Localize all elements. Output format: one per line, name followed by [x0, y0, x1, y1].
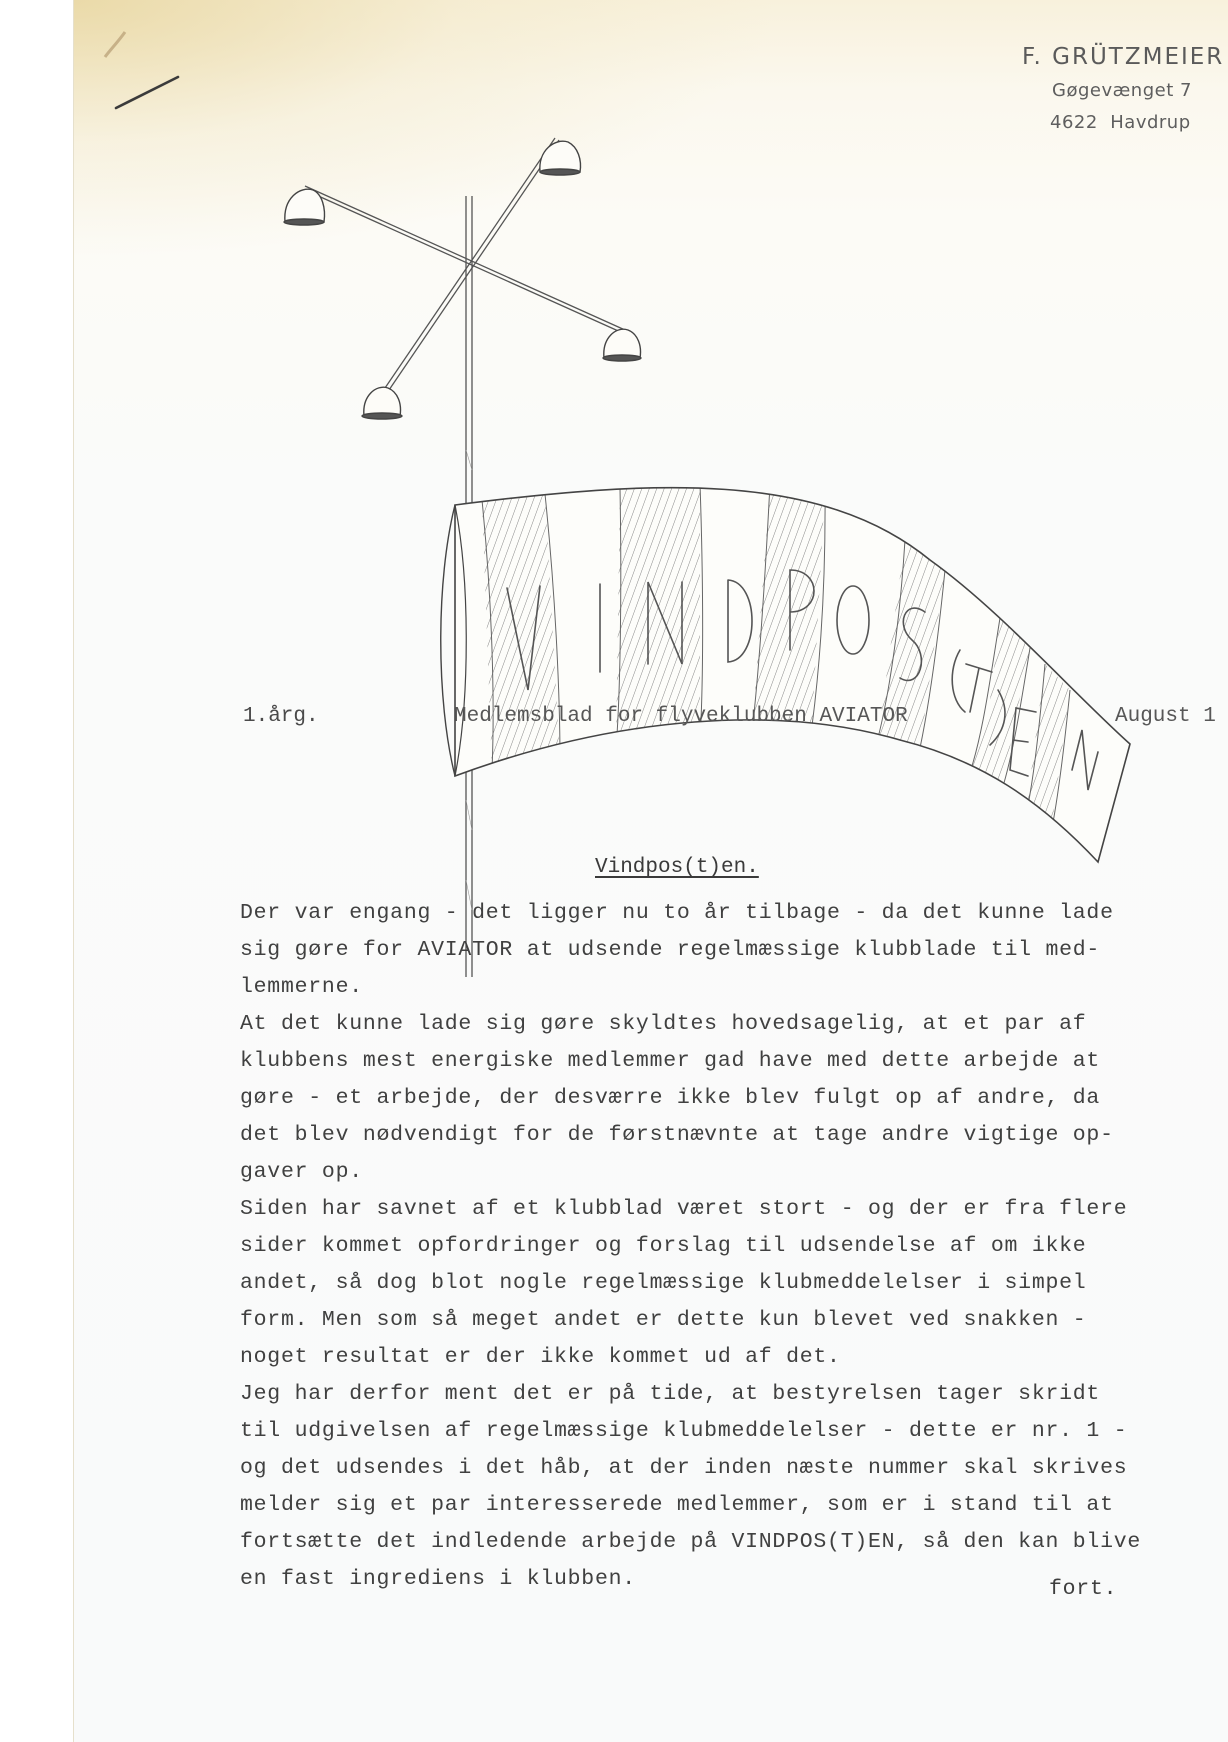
body-line: og det udsendes i det håb, at der inden … [240, 1450, 1228, 1487]
body-line: Der var engang - det ligger nu to år til… [240, 895, 1228, 932]
volume-label: 1.årg. [243, 705, 319, 728]
body-line: sig gøre for AVIATOR at udsende regelmæs… [240, 932, 1228, 969]
continued-marker: fort. [1049, 1577, 1117, 1601]
sender-name: F. GRÜTZMEIER [1022, 44, 1224, 70]
article-title: Vindpos(t)en. [595, 856, 759, 879]
staple-mark [105, 32, 178, 108]
body-line: At det kunne lade sig gøre skyldtes hove… [240, 1006, 1228, 1043]
lamp-icon [284, 141, 641, 419]
body-line: gaver op. [240, 1154, 1228, 1191]
windsock-icon [440, 460, 1160, 880]
sender-city: 4622 Havdrup [1050, 112, 1191, 133]
body-line: sider kommet opfordringer og forslag til… [240, 1228, 1228, 1265]
publication-subtitle: Medlemsblad for flyveklubben AVIATOR [454, 705, 908, 728]
body-line: klubbens mest energiske medlemmer gad ha… [240, 1043, 1228, 1080]
body-line: melder sig et par interesserede medlemme… [240, 1487, 1228, 1524]
sender-street: Gøgevænget 7 [1052, 80, 1192, 101]
body-line: gøre - et arbejde, der desværre ikke ble… [240, 1080, 1228, 1117]
article-body: Der var engang - det ligger nu to år til… [240, 895, 1228, 1598]
body-line: noget resultat er der ikke kommet ud af … [240, 1339, 1228, 1376]
body-line: andet, så dog blot nogle regelmæssige kl… [240, 1265, 1228, 1302]
body-line: lemmerne. [240, 969, 1228, 1006]
body-line: fortsætte det indledende arbejde på VIND… [240, 1524, 1228, 1561]
lamp-arms [305, 138, 625, 390]
body-line: Jeg har derfor ment det er på tide, at b… [240, 1376, 1228, 1413]
body-line: Siden har savnet af et klubblad været st… [240, 1191, 1228, 1228]
body-line: form. Men som så meget andet er dette ku… [240, 1302, 1228, 1339]
issue-date: August 1 [1115, 705, 1216, 728]
body-line: til udgivelsen af regelmæssige klubmedde… [240, 1413, 1228, 1450]
body-line: det blev nødvendigt for de førstnævnte a… [240, 1117, 1228, 1154]
